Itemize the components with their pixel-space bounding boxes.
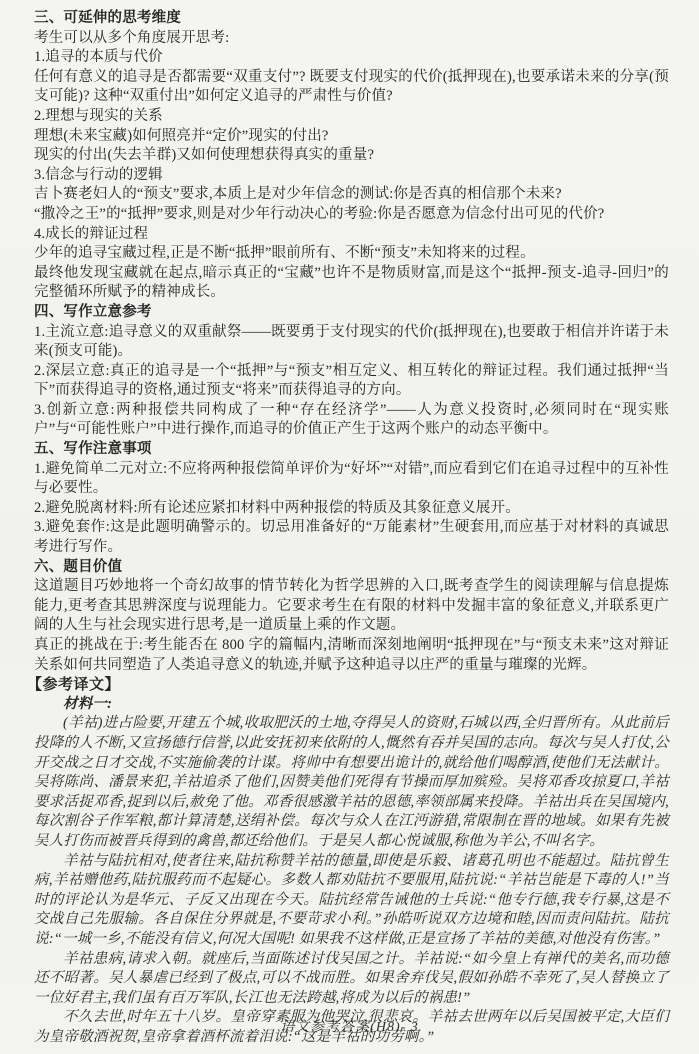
paragraph: 最终他发现宝藏就在起点,暗示真正的“宝藏”也许不是物质财富,而是这个“抵押-预支… [34, 264, 669, 303]
translation-paragraph: 羊祜患病,请求入朝。就座后,当面陈述讨伐吴国之计。羊祜说:“如今皇上有禅代的美名… [34, 950, 669, 1009]
paragraph: 任何有意义的追寻是否都需要“双重支付”? 既要支付现实的代价(抵押现在),也要承… [34, 68, 669, 107]
numbered-item-heading: 4.成长的辩证过程 [34, 225, 669, 245]
page-footer: 语文参考答案(H8)- 3 [0, 1016, 699, 1036]
paragraph: 1.避免简单二元对立:不应将两种报偿简单评价为“好坏”“对错”,而应看到它们在追… [34, 460, 669, 499]
paragraph: 吉卜赛老妇人的“预支”要求,本质上是对少年信念的测试:你是否真的相信那个未来? [34, 185, 669, 205]
numbered-item-heading: 2.理想与现实的关系 [34, 107, 669, 127]
numbered-item-heading: 3.信念与行动的逻辑 [34, 166, 669, 186]
paragraph: 考生可以从多个角度展开思考: [34, 29, 669, 49]
section-heading: 六、题目价值 [34, 558, 669, 578]
section-heading: 四、写作立意参考 [34, 303, 669, 323]
paragraph: 3.创新立意:两种报偿共同构成了一种“存在经济学”——人为意义投资时,必须同时在… [34, 401, 669, 440]
paragraph: 真正的挑战在于:考生能否在 800 字的篇幅内,清晰而深刻地阐明“抵押现在”与“… [34, 636, 669, 675]
paragraph: 理想(未来宝藏)如何照亮并“定价”现实的付出? [34, 127, 669, 147]
section-heading: 五、写作注意事项 [34, 440, 669, 460]
paragraph: 1.主流立意:追寻意义的双重献祭——既要勇于支付现实的代价(抵押现在),也要敢于… [34, 323, 669, 362]
scanned-answer-page: 三、可延伸的思考维度 考生可以从多个角度展开思考: 1.追寻的本质与代价 任何有… [0, 0, 699, 1054]
paragraph: 现实的付出(失去羊群)又如何使理想获得真实的重量? [34, 146, 669, 166]
paragraph: 2.避免脱离材料:所有论述应紧扣材料中两种报偿的特质及其象征意义展开。 [34, 499, 669, 519]
translation-paragraph: 羊祜与陆抗相对,使者往来,陆抗称赞羊祜的德量,即使是乐毅、诸葛孔明也不能超过。陆… [34, 852, 669, 950]
paragraph: 这道题目巧妙地将一个奇幻故事的情节转化为哲学思辨的入口,既考查学生的阅读理解与信… [34, 577, 669, 636]
section-heading: 三、可延伸的思考维度 [34, 9, 669, 29]
translation-paragraph: (羊祜)进占险要,开建五个城,收取肥沃的土地,夺得吴人的资财,石城以西,全归晋所… [34, 714, 669, 851]
paragraph: 2.深层立意:真正的追寻是一个“抵押”与“预支”相互定义、相互转化的辩证过程。我… [34, 362, 669, 401]
paragraph: 少年的追寻宝藏过程,正是不断“抵押”眼前所有、不断“预支”未知将来的过程。 [34, 244, 669, 264]
paragraph: “撒冷之王”的“抵押”要求,则是对少年行动决心的考验:你是否愿意为信念付出可见的… [34, 205, 669, 225]
translation-heading: 【参考译文】 [27, 675, 669, 695]
numbered-item-heading: 1.追寻的本质与代价 [34, 48, 669, 68]
document-body: 三、可延伸的思考维度 考生可以从多个角度展开思考: 1.追寻的本质与代价 任何有… [34, 9, 669, 1047]
material-label: 材料一: [34, 695, 669, 715]
paragraph: 3.避免套作:这是此题明确警示的。切忌用准备好的“万能素材”生硬套用,而应基于对… [34, 518, 669, 557]
